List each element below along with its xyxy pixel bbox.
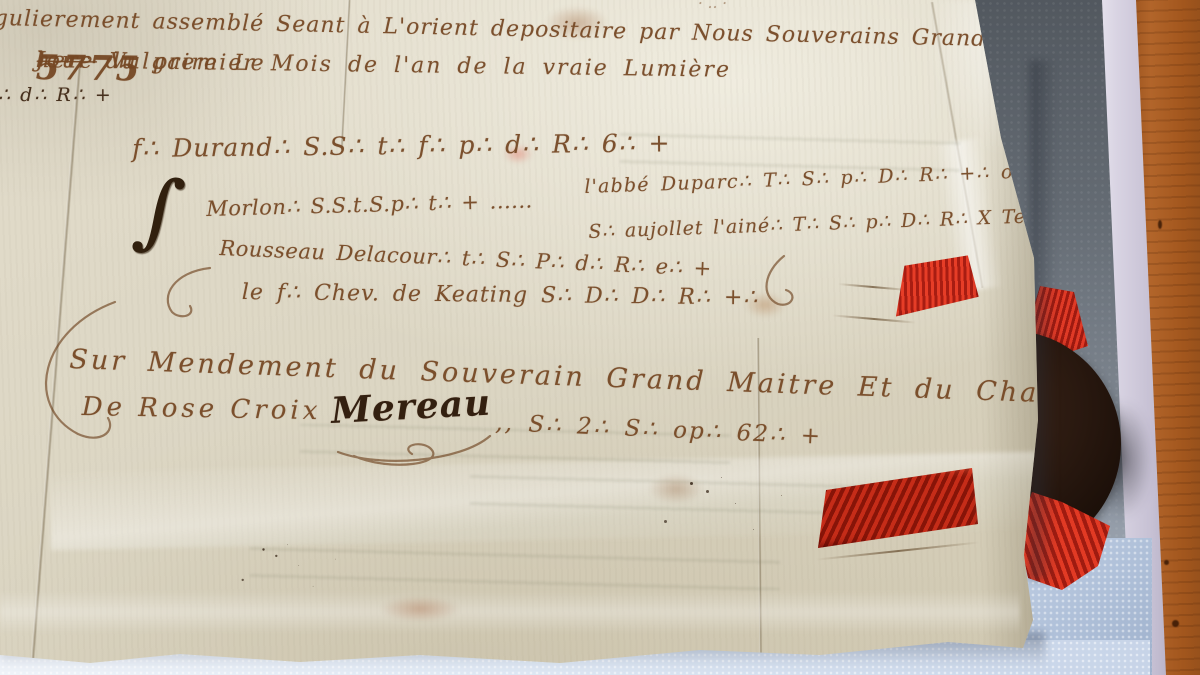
pen-flourish-rousseau — [150, 262, 220, 322]
glossy-band-bottom — [0, 590, 1020, 634]
ruled-dash: ——— — [36, 48, 96, 74]
pen-flourish-sur — [20, 296, 140, 446]
stain — [380, 596, 460, 622]
left-margin-abbreviation: ∴ d∴ R∴ + — [0, 84, 113, 106]
wood-speck — [1158, 220, 1162, 229]
manuscript-line-assemble: gulierement assemblé Seant à L'orient de… — [0, 6, 999, 52]
parchment-sheet: · ‥ · gulierement assemblé Seant à L'ori… — [0, 0, 1045, 672]
signature-morlon: Morlon∴ S.S.t.S.p∴ t∴ + ...... — [206, 188, 533, 221]
signature-mereau: Mereau — [330, 382, 492, 432]
pen-flourish-mereau-underline — [330, 428, 500, 468]
ink-show-through — [250, 542, 780, 590]
wood-speck — [1172, 620, 1179, 627]
parchment-slit-cut — [832, 314, 916, 323]
signature-keating: le f∴ Chev. de Keating S∴ D∴ D∴ R∴ +∴ — [242, 280, 759, 310]
manuscript-top-edge-marks: · ‥ · — [698, 0, 727, 12]
ink-blot-paraph: ∫ — [129, 158, 190, 264]
signature-rousseau-delacour: Rousseau Delacour∴ t∴ S∴ P∴ d∴ R∴ e∴ + — [219, 236, 712, 281]
signature-durand: f∴ Durand∴ S.S∴ t∴ f∴ p∴ d∴ R∴ 6∴ + — [132, 128, 671, 163]
stain — [648, 474, 704, 504]
wood-speck — [1164, 560, 1169, 565]
ink-specks — [690, 482, 693, 485]
photo-of-parchment-document: · ‥ · gulierement assemblé Seant à L'ori… — [0, 0, 1200, 675]
ink-specks — [262, 548, 264, 550]
pen-flourish-aujollet — [744, 252, 804, 312]
parchment-slit-cut — [838, 283, 908, 291]
